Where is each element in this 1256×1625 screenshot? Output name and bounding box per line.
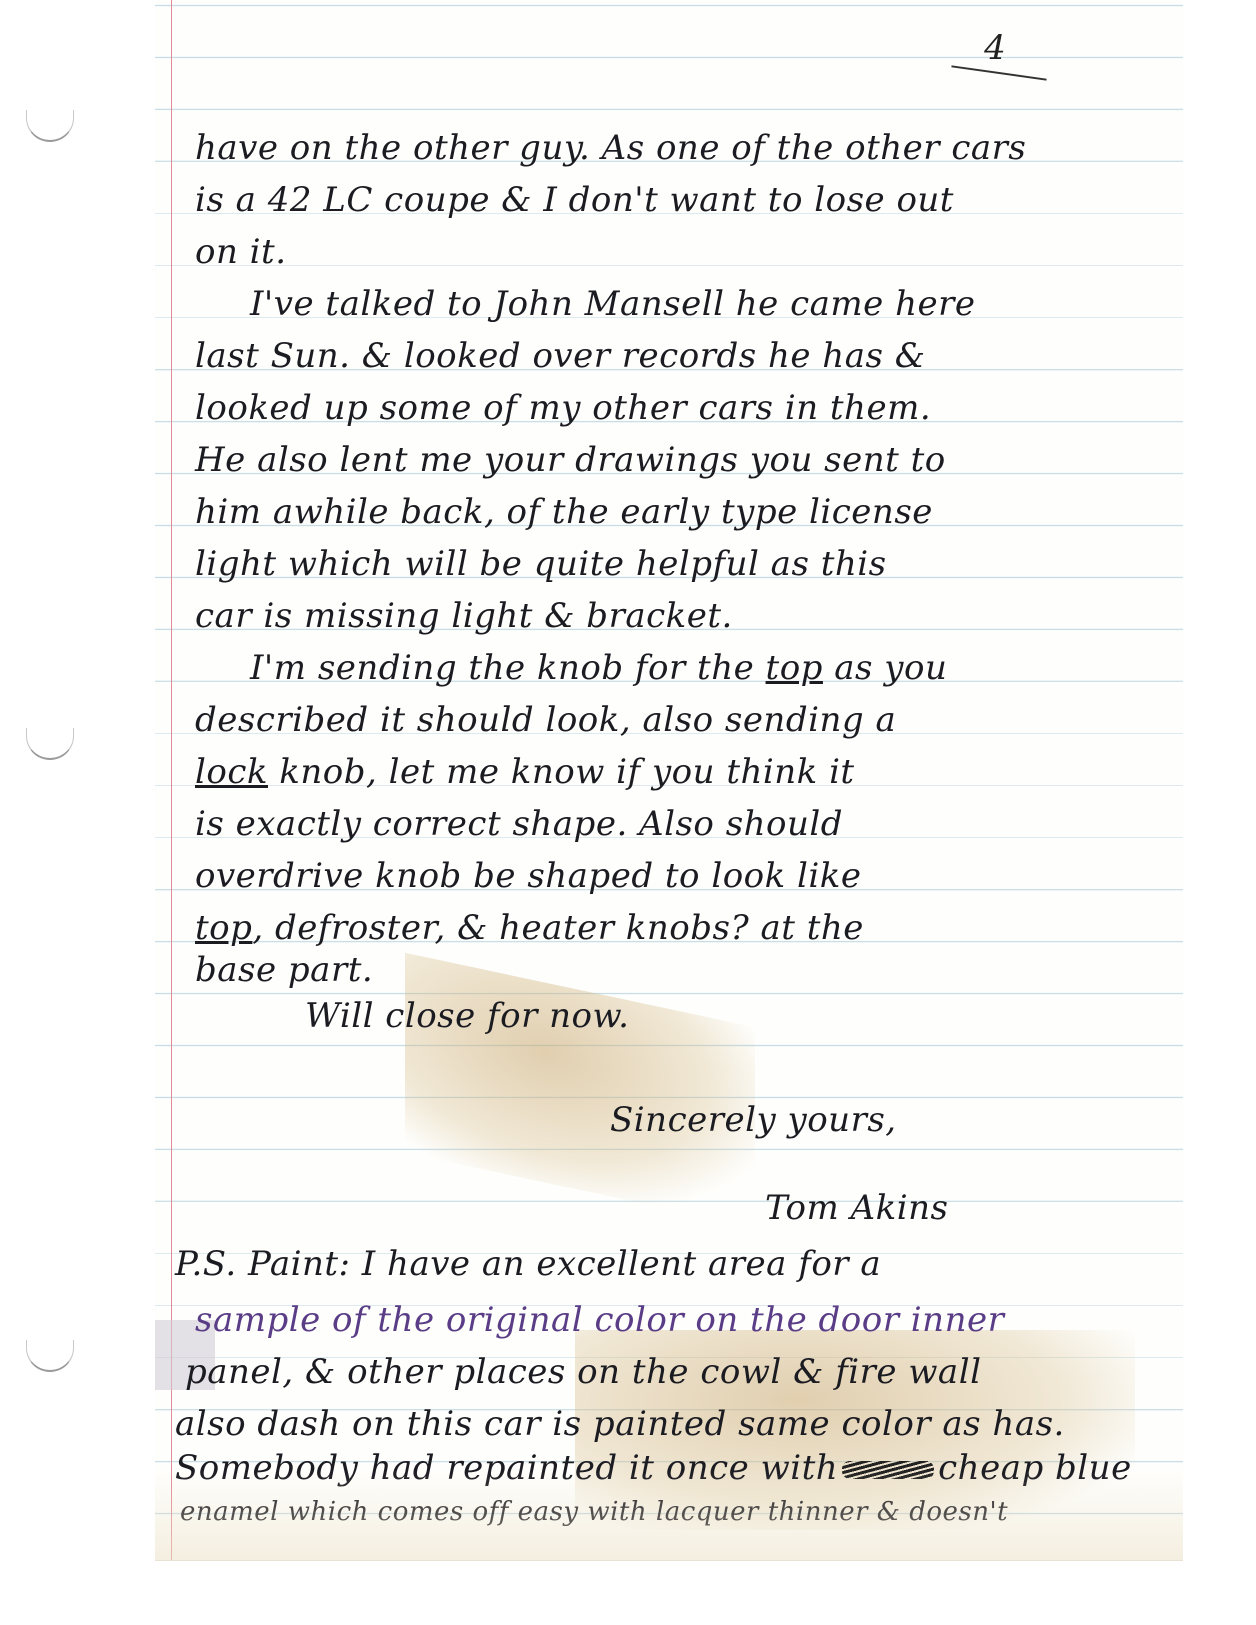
letter-line: looked up some of my other cars in them.: [195, 388, 931, 428]
page-number: 4: [955, 28, 1035, 68]
letter-line: described it should look, also sending a: [195, 700, 896, 740]
margin-rule: [171, 0, 172, 1560]
letter-line: is a 42 LC coupe & I don't want to lose …: [195, 180, 954, 220]
postscript-line: also dash on this car is painted same co…: [175, 1404, 1065, 1444]
postscript-text: cheap blue: [938, 1448, 1132, 1488]
postscript-line: P.S. Paint: I have an excellent area for…: [175, 1244, 881, 1284]
binder-hole-middle: [26, 728, 74, 760]
postscript-text: sample of the original color on the door…: [195, 1300, 1004, 1340]
letter-line: I'm sending the knob for the top as you: [250, 648, 947, 688]
letter-line: him awhile back, of the early type licen…: [195, 492, 933, 532]
letter-line: car is missing light & bracket.: [195, 596, 733, 636]
letter-line: on it.: [195, 232, 287, 272]
binder-hole-bottom: [26, 1340, 74, 1372]
letter-line: top, defroster, & heater knobs? at the: [195, 908, 864, 948]
letter-line: He also lent me your drawings you sent t…: [195, 440, 946, 480]
tape-stain: [405, 953, 755, 1227]
letter-line: light which will be quite helpful as thi…: [195, 544, 887, 584]
letter-page: 4 have on the other guy. As one of the o…: [155, 0, 1183, 1561]
postscript-line: enamel which comes off easy with lacquer…: [180, 1492, 1008, 1532]
letter-line: overdrive knob be shaped to look like: [195, 856, 862, 896]
postscript-text: Somebody had repainted it once with: [175, 1448, 838, 1488]
postscript-line: Somebody had repainted it once withcheap…: [175, 1448, 1132, 1488]
letter-line: is exactly correct shape. Also should: [195, 804, 843, 844]
binder-hole-top: [26, 110, 74, 142]
postscript-line: sample of the original color on the door…: [195, 1300, 1004, 1340]
letter-line: lock knob, let me know if you think it: [195, 752, 855, 792]
letter-line: have on the other guy. As one of the oth…: [195, 128, 1026, 168]
crossed-out-word: [842, 1461, 934, 1479]
postscript-line: panel, & other places on the cowl & fire…: [185, 1352, 981, 1392]
letter-line: last Sun. & looked over records he has &: [195, 336, 925, 376]
closing: Sincerely yours,: [610, 1100, 897, 1140]
letter-line: I've talked to John Mansell he came here: [250, 284, 975, 324]
letter-line: Will close for now.: [305, 996, 629, 1036]
underlined-word: top: [766, 648, 823, 688]
letter-line: base part.: [195, 950, 373, 990]
signature: Tom Akins: [765, 1188, 948, 1228]
underlined-word: lock: [195, 752, 268, 792]
underlined-word: top: [195, 908, 252, 948]
